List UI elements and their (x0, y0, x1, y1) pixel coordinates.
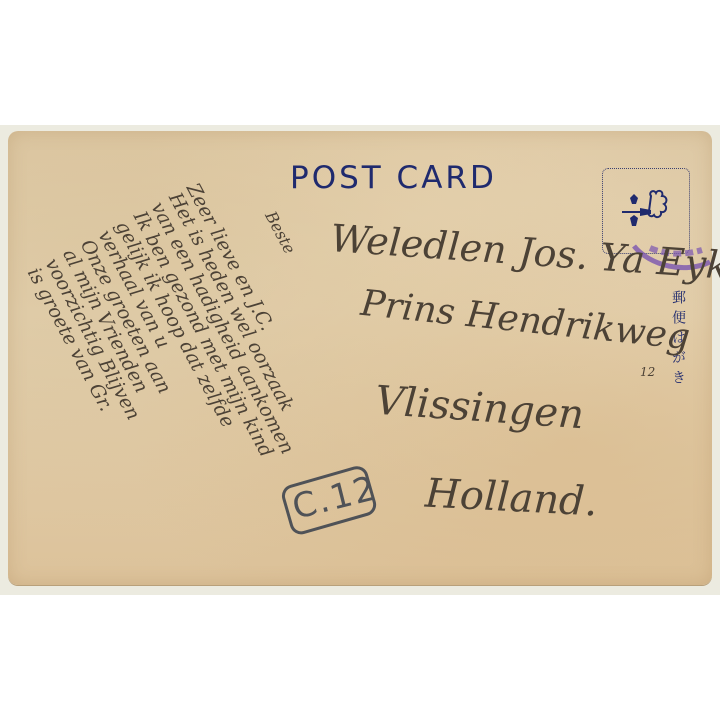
paulownia-flower-icon (620, 188, 672, 234)
address-house-number: 12 (640, 365, 655, 379)
postcard-title: POST CARD (290, 160, 497, 196)
address-country: Holland. (424, 471, 599, 526)
